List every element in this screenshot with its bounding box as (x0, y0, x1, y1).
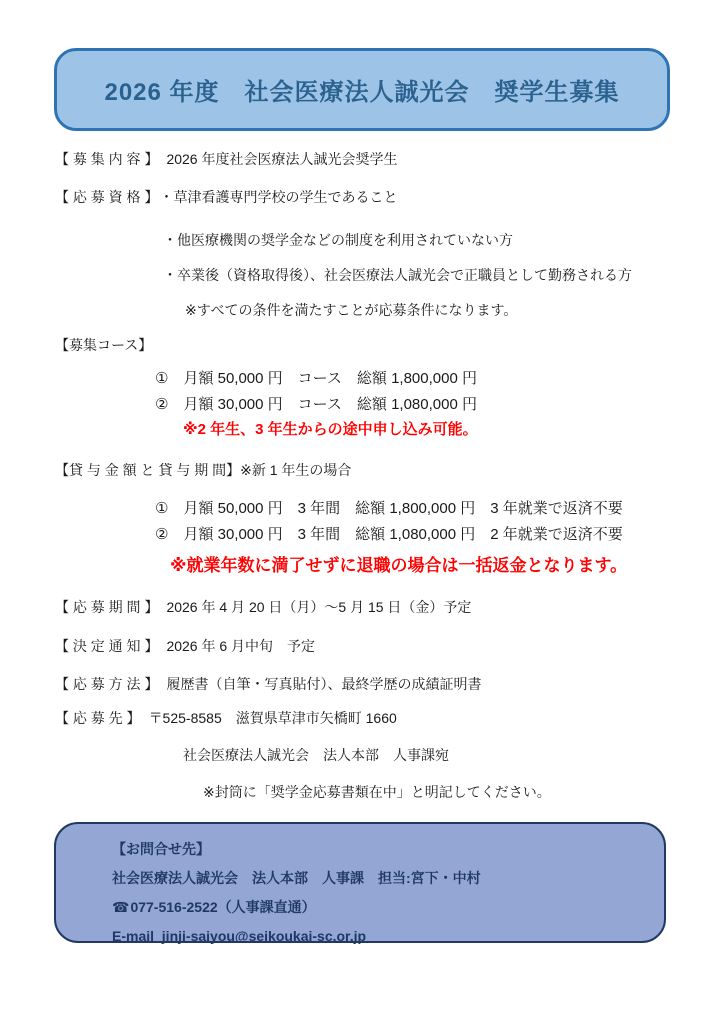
destination-label: 【 応 募 先 】 (55, 710, 141, 726)
course-note-red: ※2 年生、3 年生からの途中申し込み可能。 (183, 420, 478, 440)
contact-email-label: E-mail (112, 928, 154, 944)
application-period-line: 【 応 募 期 間 】2026 年 4 月 20 日（月）～5 月 15 日（金… (55, 598, 471, 616)
contact-heading: 【お問合せ先】 (112, 835, 664, 864)
eligibility-label: 【 応 募 資 格 】 (55, 189, 151, 205)
decision-notice-label: 【 決 定 通 知 】 (55, 638, 158, 654)
title-box: 2026 年度 社会医療法人誠光会 奨学生募集 (54, 48, 670, 131)
loan-warning-red: ※就業年数に満了せずに退職の場合は一括返金となります。 (170, 555, 627, 577)
destination-note: ※封筒に「奨学金応募書類在中」と明記してください。 (203, 783, 551, 801)
courses-heading: 【募集コース】 (55, 336, 152, 354)
application-method-label: 【 応 募 方 法 】 (55, 676, 158, 692)
decision-notice-value: 2026 年 6 月中旬 予定 (166, 638, 315, 654)
recruit-content-line: 【 募 集 内 容 】2026 年度社会医療法人誠光会奨学生 (55, 150, 398, 168)
telephone-icon: ☎ (112, 899, 129, 915)
loan-heading-line: 【貸 与 金 額 と 貸 与 期 間】※新 1 年生の場合 (55, 461, 351, 479)
eligibility-note: ※すべての条件を満たすことが応募条件になります。 (185, 301, 517, 319)
application-method-line: 【 応 募 方 法 】履歴書（自筆・写真貼付）、最終学歴の成績証明書 (55, 675, 481, 693)
eligibility-item-1: ・草津看護専門学校の学生であること (159, 189, 397, 205)
contact-box: 【お問合せ先】 社会医療法人誠光会 法人本部 人事課 担当:宮下・中村 ☎077… (54, 822, 666, 943)
loan-condition: ※新 1 年生の場合 (240, 462, 351, 478)
scholarship-flyer-page: 2026 年度 社会医療法人誠光会 奨学生募集 【 募 集 内 容 】2026 … (0, 0, 724, 1024)
application-period-value: 2026 年 4 月 20 日（月）～5 月 15 日（金）予定 (166, 599, 471, 615)
eligibility-item-3: ・卒業後（資格取得後）、社会医療法人誠光会で正職員として勤務される方 (163, 266, 632, 284)
destination-recipient: 社会医療法人誠光会 法人本部 人事課宛 (183, 746, 449, 764)
course-option-1: ① 月額 50,000 円 コース 総額 1,800,000 円 (155, 369, 477, 389)
decision-notice-line: 【 決 定 通 知 】2026 年 6 月中旬 予定 (55, 637, 315, 655)
contact-phone-line: ☎077-516-2522（人事課直通） (112, 893, 664, 922)
contact-phone-number: 077-516-2522（人事課直通） (130, 899, 315, 915)
recruit-content-label: 【 募 集 内 容 】 (55, 151, 158, 167)
contact-email-address: jinji-saiyou@seikoukai-sc.or.jp (162, 928, 366, 944)
loan-plan-2: ② 月額 30,000 円 3 年間 総額 1,080,000 円 2 年就業で… (155, 525, 623, 545)
contact-email-line: E-mail jinji-saiyou@seikoukai-sc.or.jp (112, 922, 664, 951)
course-option-2: ② 月額 30,000 円 コース 総額 1,080,000 円 (155, 395, 477, 415)
destination-line: 【 応 募 先 】〒525-8585 滋賀県草津市矢橋町 1660 (55, 709, 397, 727)
application-method-value: 履歴書（自筆・写真貼付）、最終学歴の成績証明書 (166, 676, 481, 692)
eligibility-item-2: ・他医療機関の奨学金などの制度を利用されていない方 (163, 231, 513, 249)
loan-heading-label: 【貸 与 金 額 と 貸 与 期 間】 (55, 462, 240, 478)
destination-address: 〒525-8585 滋賀県草津市矢橋町 1660 (149, 710, 397, 726)
application-period-label: 【 応 募 期 間 】 (55, 599, 158, 615)
loan-plan-1: ① 月額 50,000 円 3 年間 総額 1,800,000 円 3 年就業で… (155, 499, 623, 519)
contact-organization: 社会医療法人誠光会 法人本部 人事課 担当:宮下・中村 (112, 864, 664, 893)
page-title: 2026 年度 社会医療法人誠光会 奨学生募集 (104, 72, 619, 107)
recruit-content-value: 2026 年度社会医療法人誠光会奨学生 (166, 151, 397, 167)
eligibility-line: 【 応 募 資 格 】・草津看護専門学校の学生であること (55, 188, 397, 206)
